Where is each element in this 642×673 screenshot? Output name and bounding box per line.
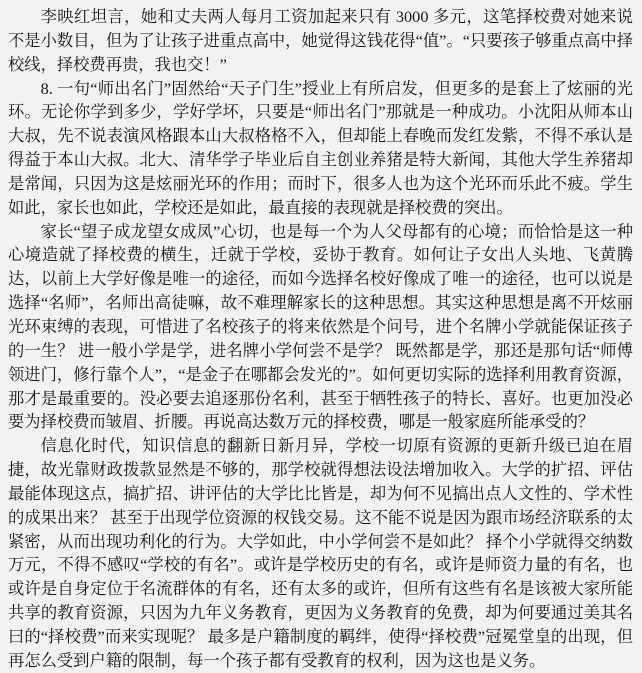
document-page: 李映红坦言，她和丈夫两人每月工资加起来只有 3000 多元，这笔择校费对她来说不… [0,0,642,673]
text-paragraph-3: 家长“望子成龙望女成凤”心切，也是每一个为人父母都有的心境；而恰恰是这一种心境造… [8,220,633,435]
text-paragraph-2: 8. 一句“师出名门”固然给“天子门生”授业上有所启发，但更多的是套上了炫丽的光… [8,77,633,220]
text-paragraph-1: 李映红坦言，她和丈夫两人每月工资加起来只有 3000 多元，这笔择校费对她来说不… [8,5,633,77]
text-paragraph-4: 信息化时代，知识信息的翻新日新月异，学校一切原有资源的更新升级已迫在眉捷，故光靠… [8,434,633,672]
